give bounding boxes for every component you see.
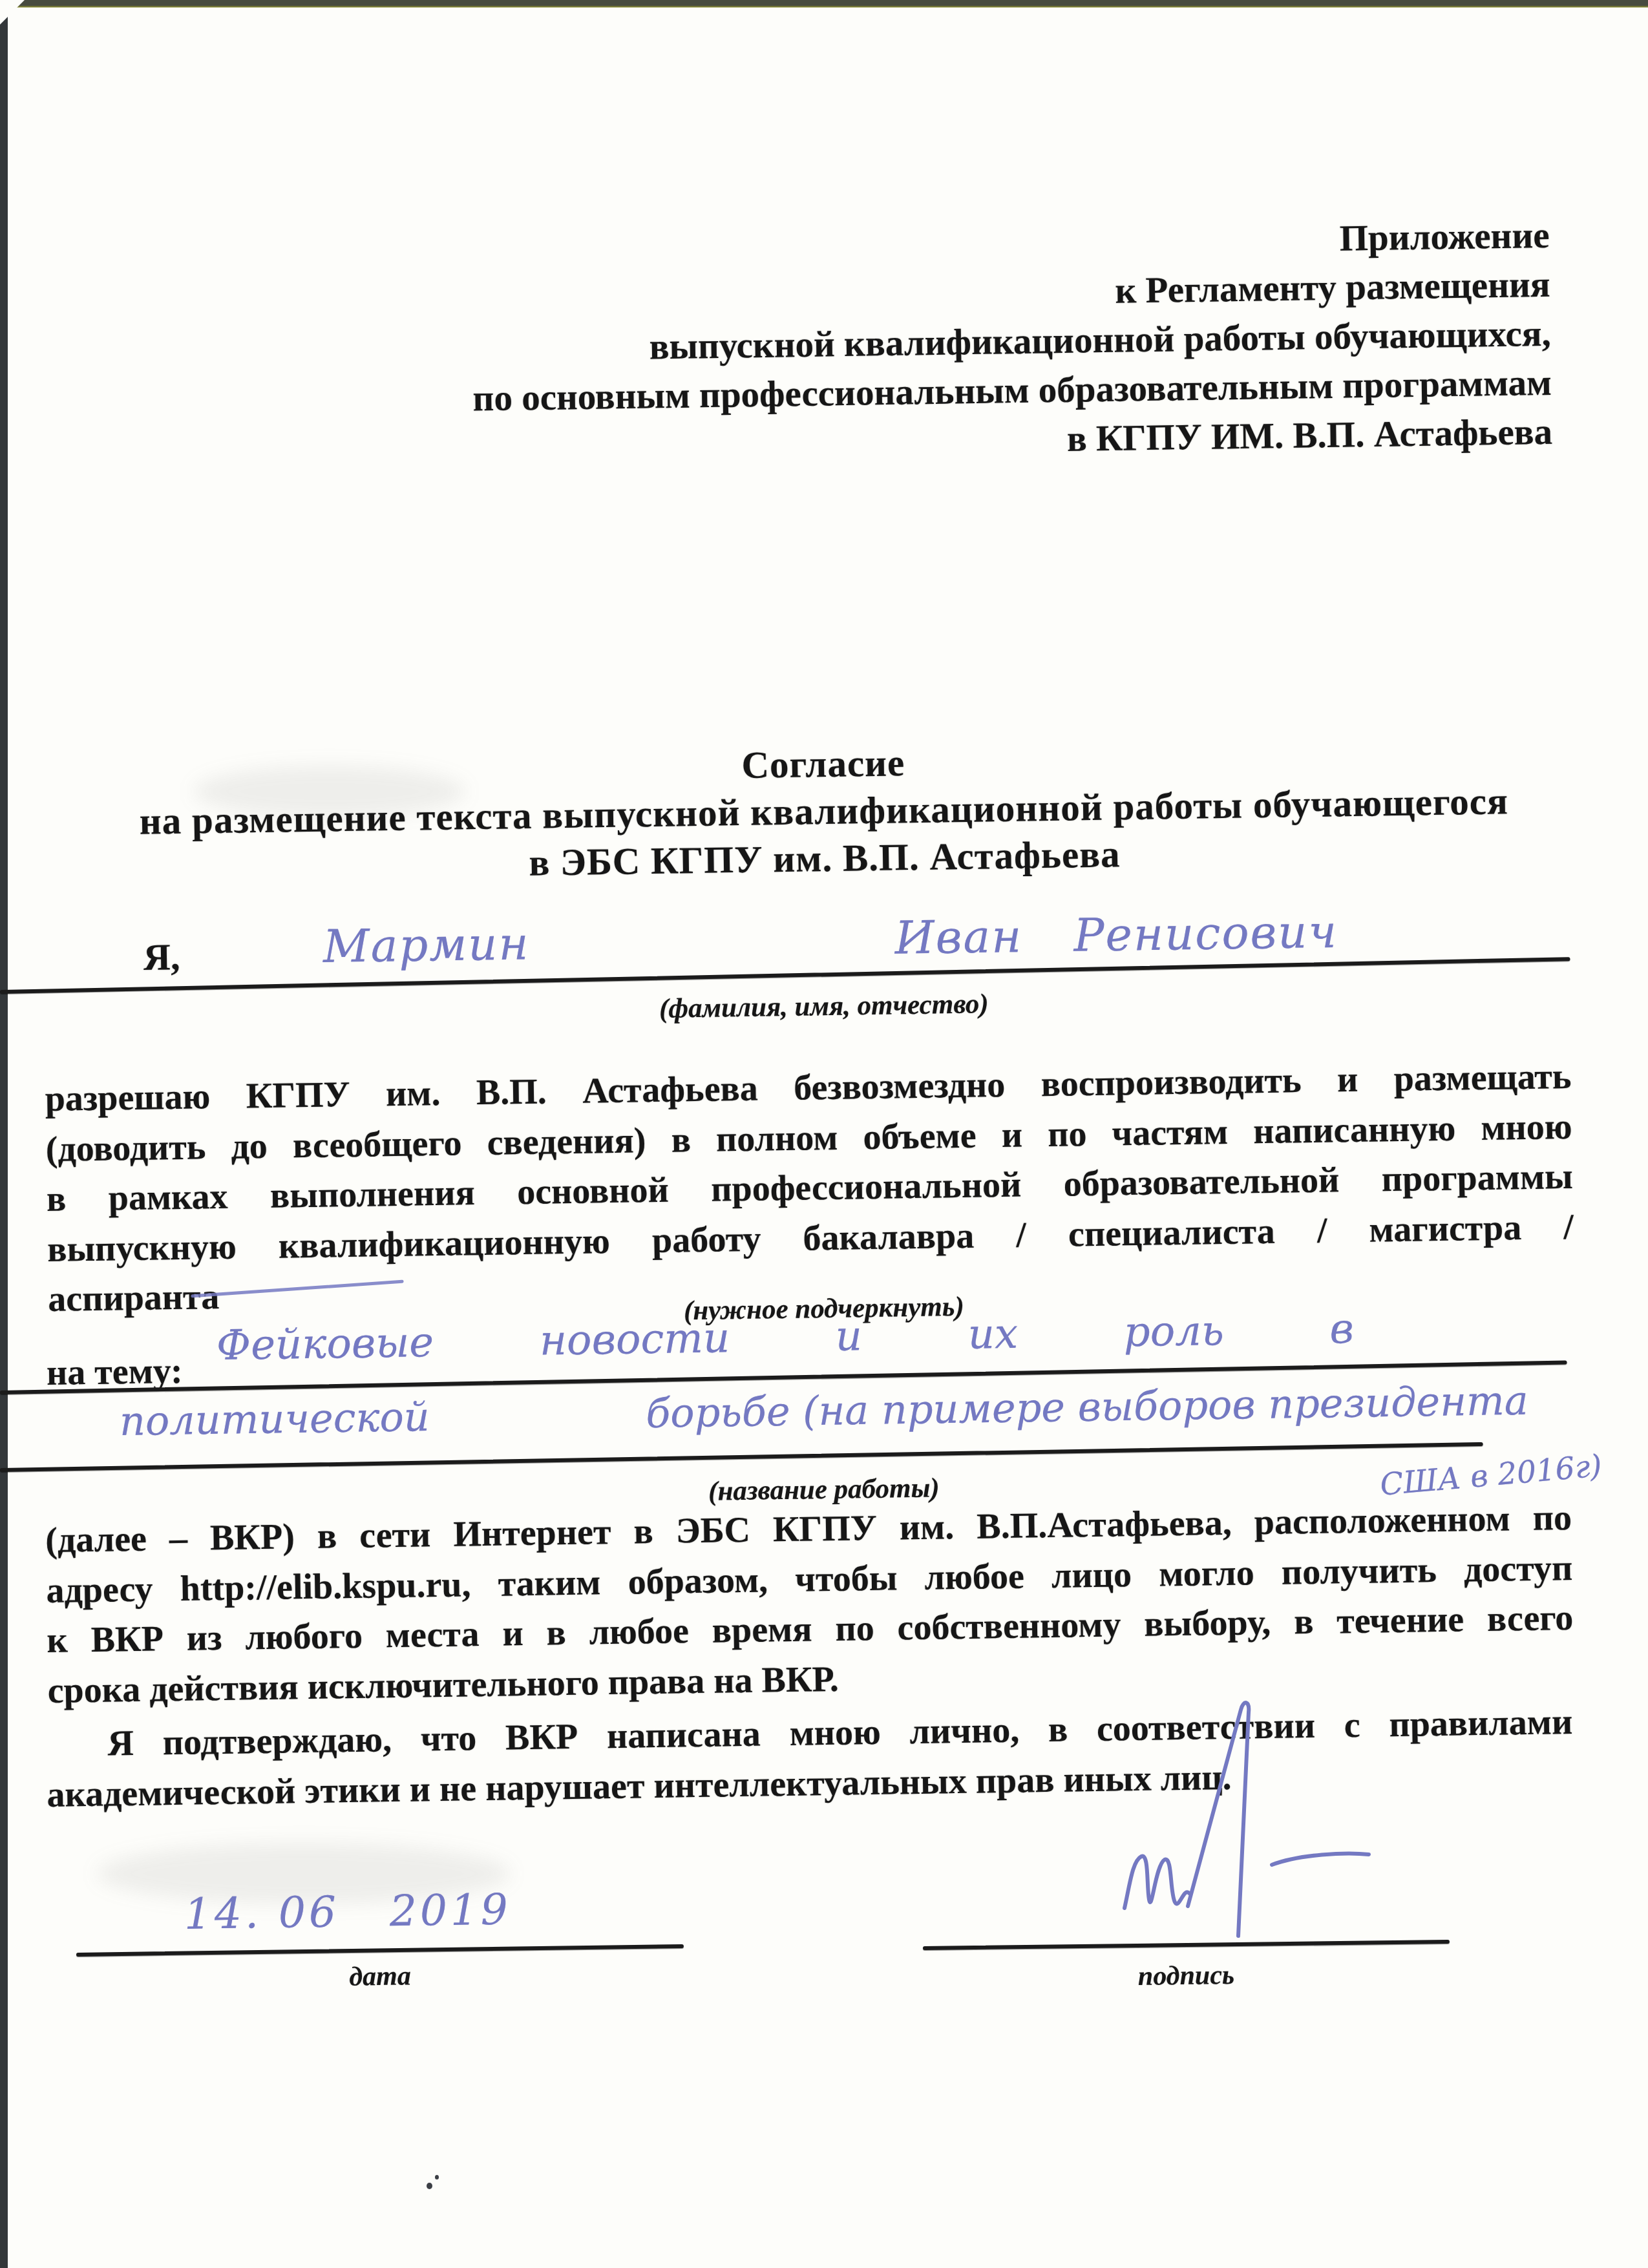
scan-edge-left [0,0,8,2268]
date-label-box: дата [76,1957,684,1997]
handwritten-date: 14. 06 2019 [184,1885,511,1939]
ink-speck [427,2183,432,2189]
signature-label-box: подпись [923,1957,1450,1995]
scan-corner-fold [0,0,25,25]
handwritten-given-patronymic: Иван Ренисович [894,905,1338,965]
ink-speck [435,2175,439,2179]
signature-label: подпись [1138,1960,1235,1991]
handwritten-name: Мармин Иван Ренисович [322,905,1338,973]
page-title: Согласие на размещение текста выпускной … [0,728,1648,894]
handwritten-surname: Мармин [322,917,530,973]
signature-handwriting [1092,1692,1461,1950]
ruled-line-date [76,1944,684,1957]
scanned-consent-form-page: Приложение к Регламенту размещения выпус… [0,0,1648,2268]
vkr-paragraph: (далее – ВКР) в сети Интернет в ЭБС КГПУ… [45,1493,1574,1716]
handwritten-topic-phrase: борьбе (на примере выборов президента [646,1377,1528,1437]
scan-edge-top-tint [0,6,1648,8]
declarant-prefix: Я, [143,935,180,979]
handwritten-topic-word: политической [119,1393,430,1445]
permission-paragraph: разрешаю КГПУ им. В.П. Астафьева безвозм… [45,1052,1574,1325]
date-label: дата [349,1961,411,1991]
appendix-header: Приложение к Регламенту размещения выпус… [321,211,1552,475]
